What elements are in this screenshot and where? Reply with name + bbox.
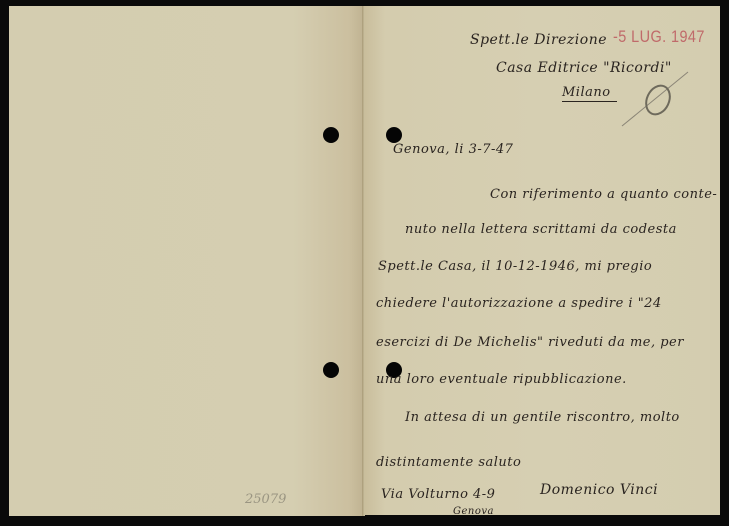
addressee-city: Milano — [562, 85, 617, 102]
archive-pencil-number: 25079 — [245, 492, 286, 507]
page-fold — [362, 6, 365, 516]
body-line: In attesa di un gentile riscontro, molto — [405, 410, 680, 425]
body-line: nuto nella lettera scrittami da codesta — [405, 222, 677, 237]
date-received-stamp: -5 LUG. 1947 — [613, 27, 705, 47]
sender-street: Via Volturno 4-9 — [381, 487, 495, 502]
place-date: Genova, li 3-7-47 — [393, 142, 513, 157]
body-line: chiedere l'autorizzazione a spedire i "2… — [376, 296, 662, 311]
body-line: Spett.le Casa, il 10-12-1946, mi pregio — [378, 259, 652, 274]
punch-hole — [386, 127, 402, 143]
closing-line: distintamente saluto — [376, 455, 521, 470]
body-line: una loro eventuale ripubblicazione. — [376, 372, 627, 387]
signature: Domenico Vinci — [540, 482, 658, 498]
punch-hole — [323, 127, 339, 143]
left-page-blank — [9, 6, 364, 516]
slashed-zero-mark — [620, 70, 690, 130]
body-line: Con riferimento a quanto conte- — [490, 187, 717, 202]
punch-hole — [323, 362, 339, 378]
sender-city: Genova — [453, 506, 494, 517]
body-line: esercizi di De Michelis" riveduti da me,… — [376, 335, 684, 350]
addressee-line-1: Spett.le Direzione — [470, 32, 607, 48]
